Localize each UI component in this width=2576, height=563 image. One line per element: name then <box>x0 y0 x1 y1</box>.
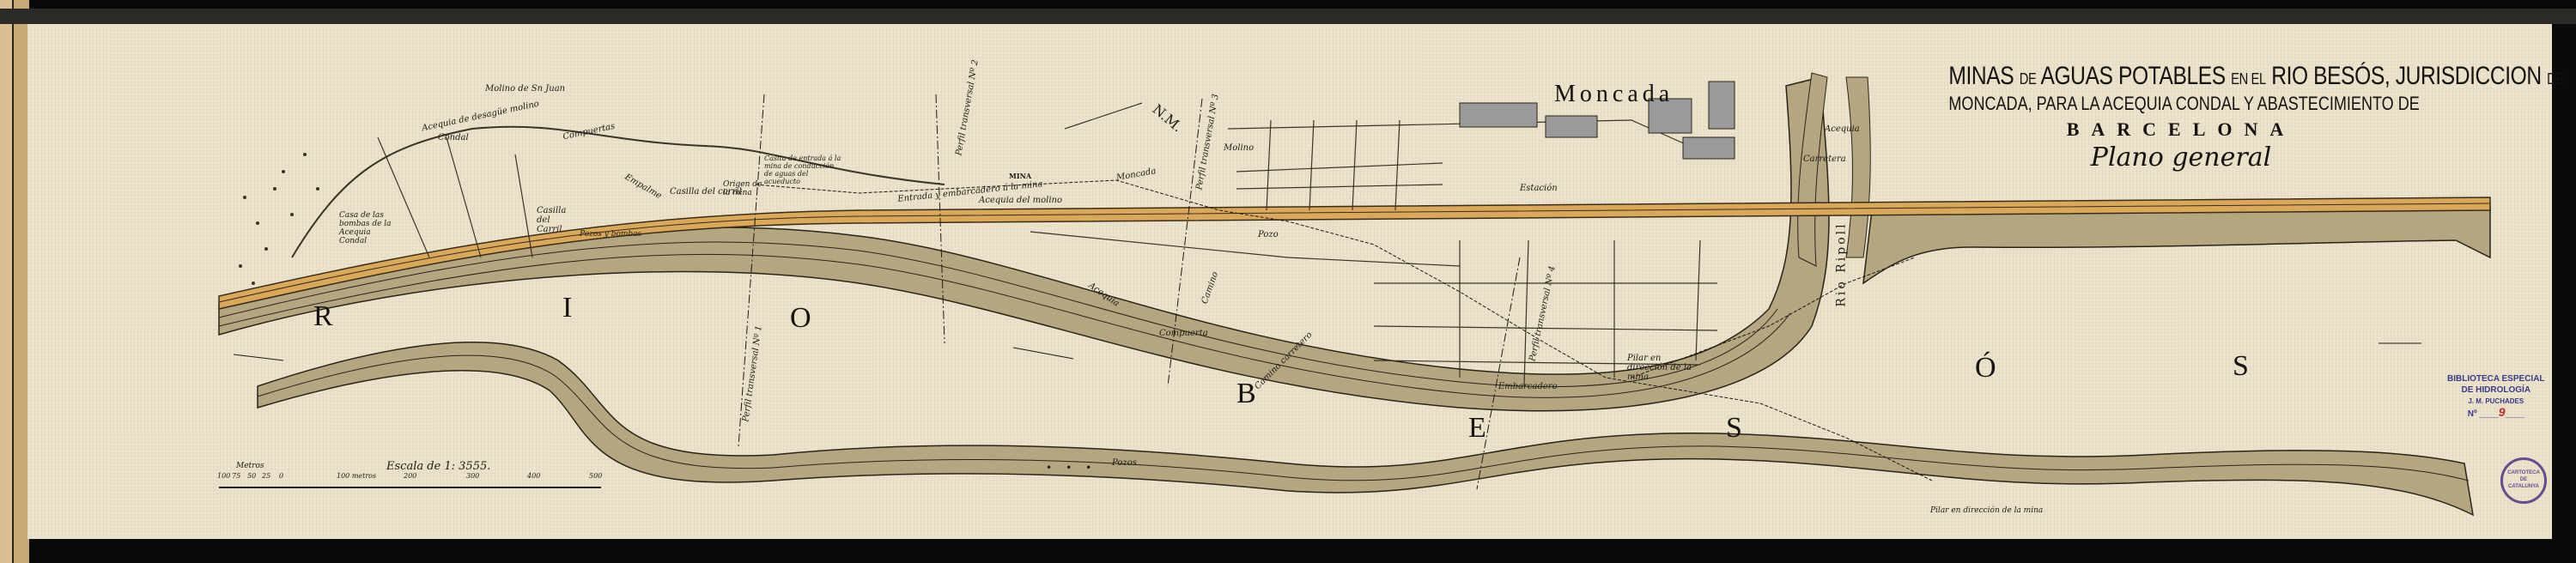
scale-tick: 50 <box>247 472 256 480</box>
river-letter-i: I <box>562 292 572 324</box>
label-casilla-carril: Casilla del Carril <box>537 206 571 234</box>
label-acequia-del-molino: Acequia del molino <box>979 196 1062 205</box>
river-bank-right <box>1863 206 2490 283</box>
scale-tick: 75 <box>232 472 240 480</box>
label-acequia-ripoll: Acequia <box>1825 124 1860 134</box>
label-estacion: Estación <box>1520 184 1558 193</box>
scale-tick: 200 <box>404 472 416 480</box>
map-title: MINAS DE AGUAS POTABLES EN EL RIO BESÓS,… <box>1898 62 2464 173</box>
scale-unit-label: Metros <box>236 462 264 470</box>
river-letter-o-accent: Ó <box>1975 352 1996 384</box>
label-molino-san-juan: Molino de Sn Juan <box>485 84 565 94</box>
legend-pozos: Pozos <box>1112 458 1137 468</box>
label-embarcadero: Embarcadero <box>1498 382 1558 391</box>
town-moncada: Moncada <box>1554 81 1674 108</box>
title-line-1: MINAS DE AGUAS POTABLES EN EL RIO BESÓS,… <box>1948 62 2413 91</box>
label-pozos-bombas: Pozos y bombas <box>580 230 641 239</box>
title-subtitle: Plano general <box>1898 142 2464 173</box>
legend-pozos-dots: ••• <box>1046 462 1105 474</box>
label-origen-mina: Origen de la mina <box>723 180 770 197</box>
label-casa-bombas: Casa de las bombas de la Acequia Condal <box>339 211 399 245</box>
scale-tick: 0 <box>279 472 283 480</box>
label-pozo: Pozo <box>1258 230 1279 239</box>
scale-tick: 100 metros <box>337 472 376 480</box>
scale-tick: 100 <box>217 472 230 480</box>
river-letter-o: O <box>790 302 811 335</box>
river-letter-r: R <box>313 300 333 333</box>
woodland <box>239 153 319 285</box>
river-letter-s: S <box>1726 412 1742 445</box>
river-ripoll-label: Rio Ripoll <box>1835 221 1849 306</box>
scale-tick: 500 <box>589 472 602 480</box>
scale-tick: 300 <box>466 472 479 480</box>
profile-lines <box>738 94 1520 489</box>
scale-tick: 400 <box>527 472 540 480</box>
title-city: BARCELONA <box>1898 118 2464 141</box>
label-compuerta: Compuerta <box>1159 329 1208 338</box>
label-casita-entrada: Casita de entrada á la mina de conducció… <box>764 154 841 185</box>
scale-tick: 25 <box>262 472 270 480</box>
scale-title: Escala de 1: 3555. <box>386 460 490 473</box>
label-condal: Condal <box>438 133 469 142</box>
title-line-2: MONCADA, PARA LA ACEQUIA CONDAL Y ABASTE… <box>1948 93 2413 115</box>
river-letter-e: E <box>1468 412 1486 445</box>
label-pilar-direccion: Pilar en dirección de la mina <box>1627 354 1696 382</box>
library-stamp: BIBLIOTECA ESPECIAL DE HIDROLOGÍA J. M. … <box>2447 373 2545 420</box>
label-carretera: Carretera <box>1803 154 1846 164</box>
cartoteca-seal: CARTOTECA DE CATALUNYA <box>2500 457 2547 504</box>
label-molino: Molino <box>1224 143 1254 153</box>
river-letter-s2: S <box>2233 350 2249 383</box>
label-pilar-direccion-2: Pilar en dirección de la mina <box>1930 506 2043 515</box>
river-letter-b: B <box>1236 378 1256 410</box>
label-mina: MINA <box>1009 172 1031 180</box>
